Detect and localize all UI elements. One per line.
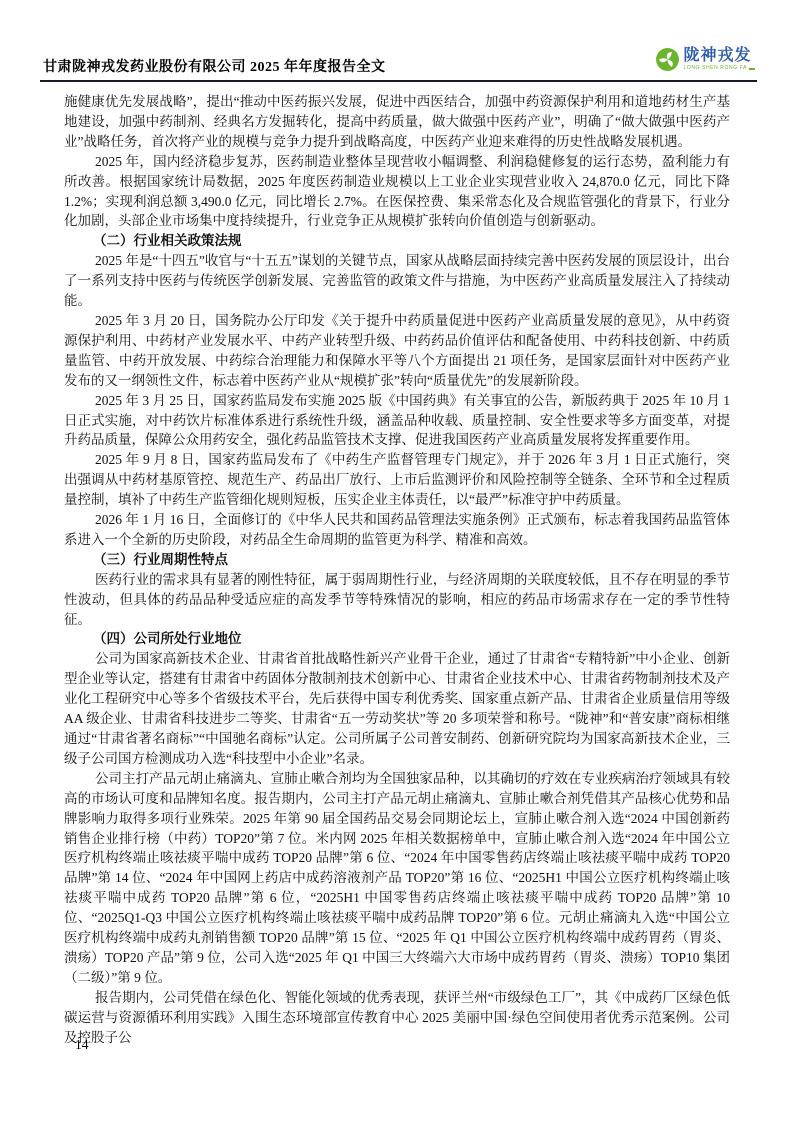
body-paragraph: 施健康优先发展战略”，提出“推动中医药振兴发展，促进中西医结合，加强中药资源保护… — [64, 92, 730, 152]
company-logo: 陇神戎发 LONG SHEN RONG FA — [655, 47, 755, 72]
section-heading: （四）公司所处行业地位 — [64, 629, 730, 649]
body-paragraph: 公司主打产品元胡止痛滴丸、宣肺止嗽合剂均为全国独家品种，以其确切的疗效在专业疾病… — [64, 769, 730, 988]
body-paragraph: 2025 年是“十四五”收官与“十五五”谋划的关键节点，国家从战略层面持续完善中… — [64, 251, 730, 311]
report-body-text: 施健康优先发展战略”，提出“推动中医药振兴发展，促进中西医结合，加强中药资源保护… — [64, 92, 730, 1048]
logo-en-text: LONG SHEN RONG FA — [683, 66, 747, 71]
body-paragraph: 2025 年 3 月 25 日，国家药监局发布实施 2025 版《中国药典》有关… — [64, 391, 730, 451]
body-paragraph: 报告期内，公司凭借在绿色化、智能化领域的优秀表现，获评兰州“市级绿色工厂”，其《… — [64, 988, 730, 1048]
body-paragraph: 医药行业的需求具有显著的刚性特征，属于弱周期性行业，与经济周期的关联度较低，且不… — [64, 570, 730, 630]
body-paragraph: 2025 年 3 月 20 日，国务院办公厅印发《关于提升中药质量促进中医药产业… — [64, 311, 730, 391]
section-heading: （二）行业相关政策法规 — [64, 231, 730, 251]
body-paragraph: 2025 年 9 月 8 日，国家药监局发布了《中药生产监督管理专门规定》，并于… — [64, 450, 730, 510]
report-header-title: 甘肃陇神戎发药业股份有限公司 2025 年年度报告全文 — [43, 56, 386, 76]
logo-cn-text: 陇神戎发 — [683, 48, 755, 64]
logo-en-row: LONG SHEN RONG FA — [683, 66, 755, 71]
page-number: 14 — [75, 1037, 89, 1053]
logo-pinwheel-icon — [655, 47, 680, 72]
body-paragraph: 2025 年，国内经济稳步复苏，医药制造业整体呈现营收小幅调整、利润稳健修复的运… — [64, 152, 730, 232]
body-paragraph: 2026 年 1 月 16 日，全面修订的《中华人民共和国药品管理法实施条例》正… — [64, 510, 730, 550]
logo-underline-bar — [749, 68, 755, 70]
logo-wordmark: 陇神戎发 LONG SHEN RONG FA — [683, 48, 755, 71]
section-heading: （三）行业周期性特点 — [64, 550, 730, 570]
body-paragraph: 公司为国家高新技术企业、甘肃省首批战略性新兴产业骨干企业，通过了甘肃省“专精特新… — [64, 649, 730, 768]
header-divider-rule — [40, 80, 757, 82]
annual-report-page: 甘肃陇神戎发药业股份有限公司 2025 年年度报告全文 陇神戎发 LONG SH… — [0, 0, 793, 1122]
